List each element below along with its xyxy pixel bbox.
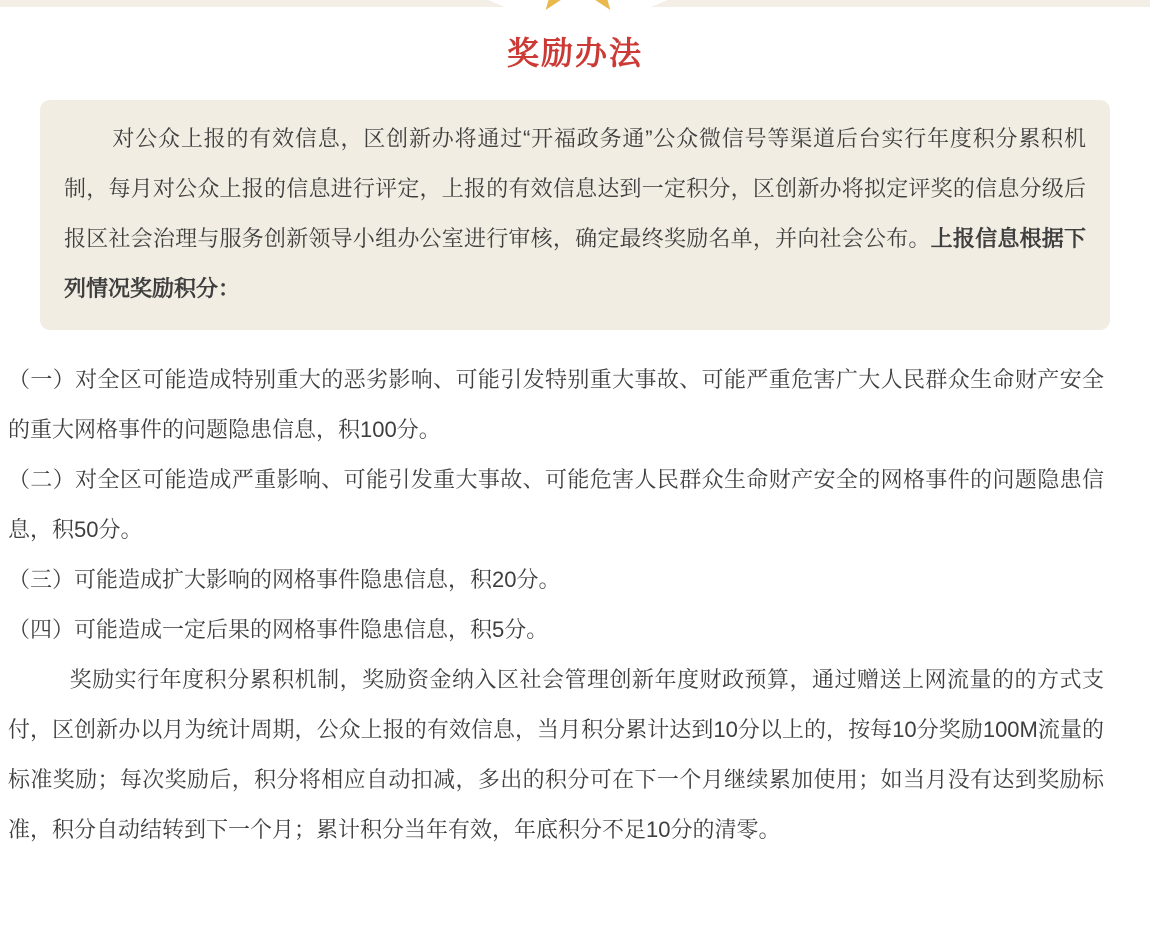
rule-item-3: （三）可能造成扩大影响的网格事件隐患信息，积20分。 [8, 555, 1104, 605]
rule-item-1: （一）对全区可能造成特别重大的恶劣影响、可能引发特别重大事故、可能严重危害广大人… [8, 355, 1104, 455]
header-banner [0, 0, 1150, 30]
rule-item-4: （四）可能造成一定后果的网格事件隐患信息，积5分。 [8, 605, 1104, 655]
intro-paragraph: 对公众上报的有效信息，区创新办将通过“开福政务通”公众微信号等渠道后台实行年度积… [64, 114, 1086, 314]
rule-item-2: （二）对全区可能造成严重影响、可能引发重大事故、可能危害人民群众生命财产安全的网… [8, 455, 1104, 555]
page-title: 奖励办法 [0, 28, 1150, 74]
header-decoration [0, 0, 1150, 30]
intro-box: 对公众上报的有效信息，区创新办将通过“开福政务通”公众微信号等渠道后台实行年度积… [40, 100, 1110, 330]
rules-section: （一）对全区可能造成特别重大的恶劣影响、可能引发特别重大事故、可能严重危害广大人… [8, 355, 1104, 855]
closing-paragraph: 奖励实行年度积分累积机制，奖励资金纳入区社会管理创新年度财政预算，通过赠送上网流… [8, 655, 1104, 855]
document-page: 奖励办法 对公众上报的有效信息，区创新办将通过“开福政务通”公众微信号等渠道后台… [0, 0, 1150, 943]
